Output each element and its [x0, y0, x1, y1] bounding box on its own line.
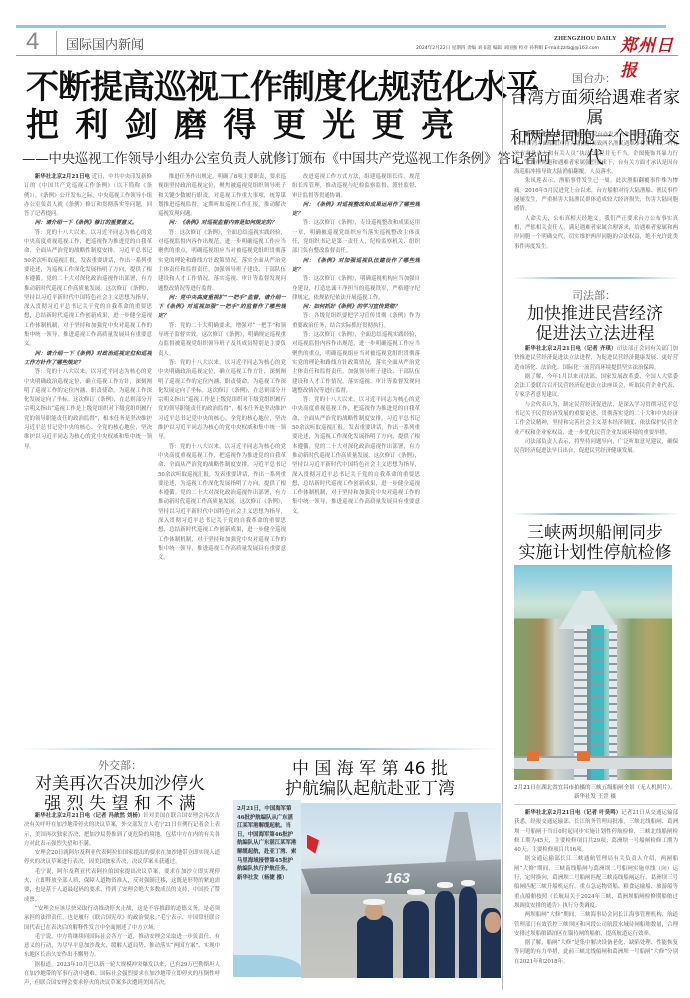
headline-char: 得: [224, 106, 257, 144]
headline-char: 亮: [421, 106, 454, 144]
photo-river: [558, 591, 618, 630]
headline-line: 中 国 海 军 第 46 批: [270, 759, 470, 779]
answer: 答：党的十八大以来，以习近平同志为核心的党中央明确政治巡视定位，确立巡视工作方针…: [158, 359, 286, 443]
article-paragraph: 据了解，今年1月以来司法部、国家发展改革委、全国人大常委会法工委联合召开民营经济…: [514, 373, 678, 401]
headline-line: 三峡两坝船闸同步: [510, 523, 680, 543]
answer: 答：党的二十大明确要求，增强对“一把手”和领导班子监督实效。这次修订《条例》，明…: [158, 322, 286, 359]
article-paragraph: 与会代表认为，制定民营经济促进法，是深入学习贯彻习近平总书记关于民营经济发展的重…: [514, 401, 678, 438]
headline-line: 台湾方面须给遇难者家属: [510, 88, 680, 128]
article-paragraph: 据报道，2023年10月巴以新一轮大规模冲突爆发以来，已有29万巴勒斯坦人在加沙…: [24, 961, 220, 989]
question: 问：请介绍一下《条例》修订的重要意义。: [24, 219, 152, 228]
main-headline-line2: 把 利 剑 磨 得 更 光 更 亮: [26, 106, 454, 144]
section-name: 国际国内新闻: [66, 34, 144, 53]
photo-sailor-face: [365, 903, 383, 921]
taiwan-article-body: 新华社北京2月21日电 国务院台办发言人朱凤莲21日表示，2月14日台湾方面船舶…: [514, 131, 678, 269]
page-number: 4: [26, 29, 39, 55]
justice-kicker: 司法部：: [512, 287, 676, 303]
question: 问：《条例》对巡视整改和成果运用作了哪些规定？: [292, 201, 420, 220]
masthead-meta: 2024年2月22日 星期四 责编 刘书超 编辑 刘国强 校对 孙利娟 E-ma…: [416, 45, 599, 51]
headline-line: 护航编队起航赴亚丁湾: [270, 779, 470, 799]
threegorges-headline: 三峡两坝船闸同步 实施计划性停航检修: [510, 523, 680, 563]
article-paragraph: 朱凤莲表示，渔船事件发生已一周，此次渔船翻覆事件殊为惨痛。2016年5月民进党上…: [514, 177, 678, 214]
question: 问：如何抓好《条例》的学习宣传贯彻？: [292, 303, 420, 312]
answer: 答：党的十八大以来，以习近平同志为核心的党中央高度重视巡视工作，把巡视作为推进党…: [158, 443, 286, 564]
headline-char: 剑: [125, 106, 158, 144]
foreign-kicker: 外交部：: [20, 757, 220, 773]
photo-gantry: [577, 752, 590, 761]
article-paragraph: 两坝船闸“大修”期间，三峡海事局会同长江海事管理机构、航道管理部门有效管控三峡坝…: [514, 911, 678, 939]
hull-number: 163: [385, 870, 410, 887]
article-paragraph: 司法部负责人表示，将坚持问题导向，广泛听取意见建议，确保民营经济促进法早日出台，…: [514, 438, 678, 457]
justice-article-body: 新华社北京2月21日电（记者 齐琪）司法部正会同有关部门加快推进民营经济促进法立…: [514, 345, 678, 497]
photo-sailor-hat: [437, 882, 453, 888]
answer: 答：党的十八大以来，以习近平同志为核心的党中央高度重视巡视工作，把巡视作为推进党…: [292, 396, 420, 517]
foreign-article-body: 新华社北京2月21日电（记者 冯歆然 刘杨）针对美国在联合国安理会再次否决有关呼…: [24, 812, 220, 992]
headline-line: 加快推进民营经济: [510, 304, 680, 324]
byline: （记者 冯歆然 刘杨）: [90, 813, 143, 819]
byline: （记者 齐琪）: [581, 346, 617, 352]
caption-divider: [514, 804, 676, 805]
dateline: 新华社北京2月21日电: [35, 174, 90, 180]
answer: 答：这次修订《条例》，全面总结巡视实践经验，对巡视监督内容作出规范，进一步明确巡…: [158, 229, 286, 294]
flag-icon: [307, 835, 319, 854]
article-paragraph: 据交通运输部长江三峡通航管理局有关负责人介绍，两闸船闸“大修”期间，三峡南线船闸…: [514, 855, 678, 911]
main-article-column-1: 新华社北京2月21日电 近日，中共中央印发新修订的《中国共产党巡视工作条例》（以…: [24, 173, 152, 733]
navy-fleet-photo: 163: [301, 803, 501, 978]
answer: 答：党的十八大以来，以习近平同志为核心的党中央高度重视巡视工作，把巡视作为推进党…: [24, 229, 152, 350]
question: 问：请介绍一下《条例》对政治巡视定位和巡视工作方针作了哪些规定？: [24, 350, 152, 369]
three-gorges-photo: [514, 565, 672, 780]
foreign-headline: 对美再次否决加沙停火 强 烈 失 望 和 不 满: [20, 774, 220, 814]
answer: 答：各级党组织要把学习宣传贯彻《条例》作为重要政治任务，结合实际抓好贯彻执行。: [292, 312, 420, 331]
headline-char: 更: [273, 106, 306, 144]
section-divider: [510, 277, 680, 279]
article-paragraph: 近日，中共中央印发新修订的《中国共产党巡视工作条例》（以下简称《条例》）。《条例…: [24, 174, 152, 217]
article-paragraph: 记者21日从交通运输部获悉，经报交通运输部、长江航务管理局批准，三峡北线船闸、葛…: [514, 810, 678, 853]
headline-line: 强 烈 失 望 和 不 满: [20, 794, 220, 814]
caption-body: 2月21日，中国海军第46批护航编队从广东湛江某军港解缆起航。当日，中国海军第4…: [237, 806, 296, 872]
photo-sailor: [435, 891, 455, 979]
dateline: 新华社北京2月21日电: [525, 346, 581, 352]
photo-sailor: [403, 901, 429, 978]
answer: 答：这次修订《条例》，专设巡视整改和成果运用一章，明确被巡视党组织应当落实巡视整…: [292, 219, 420, 256]
question: 问：党中央高度重视扩“一把手”监督，请介绍一下《条例》对巡视加强“一把手”的监督…: [158, 294, 286, 322]
answer: 答：这次修订《条例》，明确巡视机构应当加强自身建设，打造忠诚干净担当的巡视铁军，…: [292, 275, 420, 303]
threegorges-photo-caption: 2月21日在湖北省宜昌市拍摄的三峡五级船闸全景（无人机照片）。 新华社发 王罡 …: [514, 784, 676, 802]
byline: （记者 叶昊鸣）: [581, 810, 622, 816]
main-headline-line1: 不断提高巡视工作制度化规范化水平: [26, 68, 454, 106]
photo-sailor: [357, 915, 393, 978]
header-top-rule: [16, 25, 666, 28]
justice-headline: 加快推进民营经济 促进法立法进程: [510, 304, 680, 344]
question: 问：《条例》对巡视监督内容是如何规定的？: [158, 219, 286, 228]
headline-char: 更: [372, 106, 405, 144]
main-article-column-2: 推进任务作出规定，明确了8项主要职责，要求巡视组坚持政治巡视定位，聚焦被巡视党组…: [158, 173, 286, 733]
page-header: 4 国际国内新闻 ZHENGZHOU DAILY 2024年2月22日 星期四 …: [16, 29, 678, 56]
answer: 推进任务作出规定，明确了8项主要职责，要求巡视组坚持政治巡视定位，聚焦被巡视党组…: [158, 173, 286, 219]
main-article-column-3: 改进巡视工作方式方法，组建巡视组长库，规范组长库管理，推动巡视与纪检监察监督、派…: [292, 173, 420, 733]
question: 问：《条例》对加强巡视队伍建设作了哪些规定？: [292, 257, 420, 276]
masthead-english: ZHENGZHOU DAILY: [554, 36, 617, 42]
headline-line: 实施计划性停航检修: [510, 543, 680, 563]
main-subheadline: ——中央巡视工作领导小组办公室负责人就修订颁布《中国共产党巡视工作条例》答记者问: [22, 147, 550, 167]
dateline: 新华社北京2月21日电: [525, 810, 581, 816]
threegorges-article-body: 新华社北京2月21日电（记者 叶昊鸣）记者21日从交通运输部获悉，经报交通运输部…: [514, 809, 678, 989]
page-number-divider: [56, 31, 57, 55]
headline-char: 把: [26, 106, 59, 144]
headline-char: 磨: [174, 106, 207, 144]
photo-gantry: [527, 752, 540, 761]
photo-sailor-hat: [407, 889, 425, 895]
article-paragraph: 安理会20日就阿尔及利亚代表阿拉伯国家提出的要求在加沙地带立即实现人道停火的决议…: [24, 849, 220, 868]
photo-sailor-hat: [461, 880, 475, 886]
headline-line: 促进法立法进程: [510, 324, 680, 344]
headline-char: 光: [322, 106, 355, 144]
photo-credit: 新华社发（杨捷 摄）: [237, 875, 287, 881]
answer: 答：这次修订《条例》，全面总结巡视实践经验，对巡视监督内容作出规范，进一步明确巡…: [292, 331, 420, 396]
section-divider: [20, 748, 500, 750]
headline-line: 对美再次否决加沙停火: [20, 774, 220, 794]
answer: 答：党的十八大以来，以习近平同志为核心的党中央明确政治巡视定位，确立巡视工作方针…: [24, 368, 152, 452]
photo-sailor: [459, 887, 477, 978]
navy-caption-text: 2月21日，中国海军第46批护航编队从广东湛江某军港解缆起航。当日，中国海军第4…: [237, 805, 297, 882]
photo-sailor-face: [485, 912, 501, 933]
taiwan-kicker: 国台办：: [512, 70, 676, 86]
headline-char: 利: [75, 106, 108, 144]
photo-sailor-hat: [363, 899, 385, 905]
article-paragraph: 据了解，船闸“大修”是集中解决设备老化、缺陷处理、性能恢复等问题的有力举措，此前…: [514, 939, 678, 967]
column-divider: [502, 70, 503, 990]
article-paragraph: 国务院台办发言人朱凤莲21日表示，2月14日台湾方面船舶对待大陆渔船而致两名渔民…: [514, 132, 678, 175]
dateline: 新华社北京2月21日电: [35, 813, 90, 819]
section-divider: [510, 513, 680, 515]
article-paragraph: 人命关天，公布真相天经地义。我们严正要求台方公布事实真相，严惩相关责任人，满足遇…: [514, 215, 678, 252]
navy-headline: 中 国 海 军 第 46 批 护航编队起航赴亚丁湾: [270, 759, 470, 799]
answer: 改进巡视工作方式方法，组建巡视组长库，规范组长库管理，推动巡视与纪检监察监督、派…: [292, 173, 420, 201]
article-paragraph: 毛宁说，中方将继续同国际社会各方一道，推动安理会采取进一步负责任、有意义的行动，…: [24, 933, 220, 961]
dateline: 新华社北京2月21日电: [525, 132, 580, 138]
photo-ship-tower: [445, 812, 477, 865]
article-paragraph: “安理会应该尽快采取行动推动停火止战，这是不容推卸的道德义务，是必须承担的法律责…: [24, 905, 220, 933]
article-paragraph: 毛宁说，阿尔及利亚代表阿拉伯国家提出决议草案，要求在加沙立即实现停火、立即释放全…: [24, 868, 220, 905]
